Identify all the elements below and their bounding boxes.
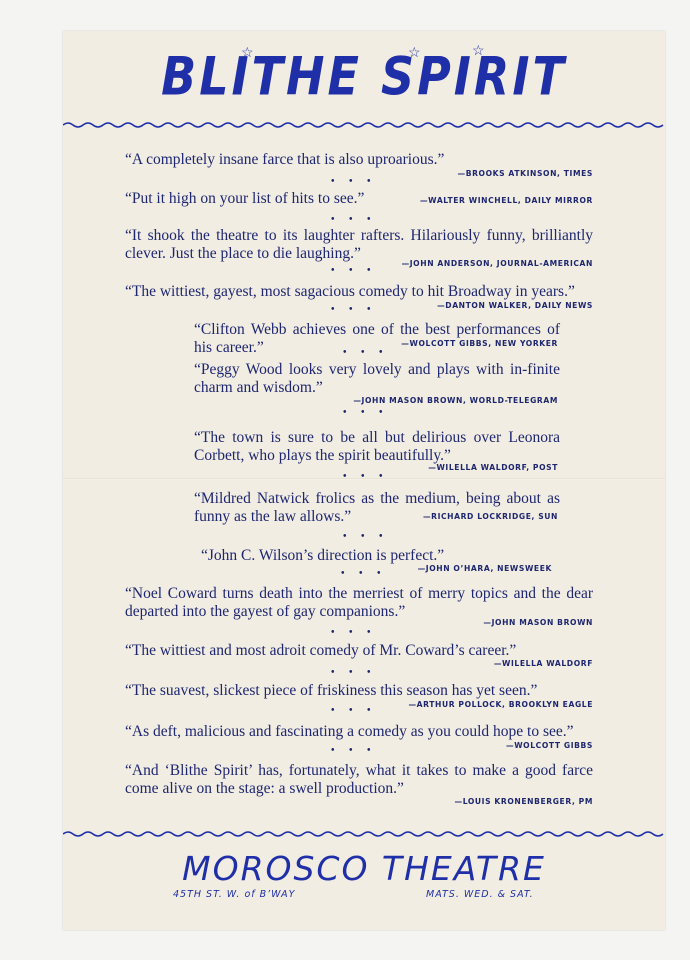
review-attribution: —ARTHUR POLLOCK, BROOKLYN EAGLE: [408, 700, 593, 709]
separator-dots: • • •: [331, 667, 377, 678]
wavy-divider-top: [63, 120, 665, 130]
review-quote: “It shook the theatre to its laughter ra…: [125, 227, 593, 263]
theatre-name: MOROSCO THEATRE: [63, 849, 665, 888]
review-quote: “Put it high on your list of hits to see…: [125, 190, 445, 208]
separator-dots: • • •: [331, 304, 377, 315]
review-attribution: —WOLCOTT GIBBS: [506, 741, 593, 750]
review-quote: “Peggy Wood looks very lovely and plays …: [194, 361, 560, 397]
review-quote: “A completely insane farce that is also …: [125, 151, 605, 169]
separator-dots: • • •: [331, 214, 377, 225]
star-icon: ☆: [241, 45, 254, 62]
separator-dots: • • •: [341, 568, 387, 579]
review-quote: “And ‘Blithe Spirit’ has, fortunately, w…: [125, 762, 593, 798]
star-icon: ☆: [472, 43, 485, 60]
separator-dots: • • •: [343, 347, 389, 358]
separator-dots: • • •: [331, 627, 377, 638]
separator-dots: • • •: [331, 265, 377, 276]
separator-dots: • • •: [343, 471, 389, 482]
review-attribution: —DANTON WALKER, DAILY NEWS: [437, 301, 593, 310]
review-quote: “John C. Wilson’s direction is perfect.”: [201, 547, 501, 565]
review-attribution: —WILELLA WALDORF, POST: [428, 463, 558, 472]
review-attribution: —LOUIS KRONENBERGER, PM: [455, 797, 594, 806]
review-attribution: —JOHN ANDERSON, JOURNAL-AMERICAN: [402, 259, 593, 268]
play-title: BLITHE SPIRIT: [63, 45, 665, 107]
separator-dots: • • •: [331, 705, 377, 716]
review-quote: “Noel Coward turns death into the merrie…: [125, 585, 593, 621]
wavy-divider-bottom: [63, 829, 665, 839]
review-attribution: —WALTER WINCHELL, DAILY MIRROR: [420, 196, 593, 205]
review-quote: “The suavest, slickest piece of friskine…: [125, 682, 605, 700]
separator-dots: • • •: [343, 407, 389, 418]
review-attribution: —JOHN MASON BROWN, WORLD-TELEGRAM: [353, 396, 558, 405]
theatre-address: 45TH ST. W. of B’WAY: [173, 889, 295, 900]
star-icon: ☆: [408, 45, 421, 62]
review-attribution: —JOHN MASON BROWN: [483, 618, 593, 627]
review-attribution: —WOLCOTT GIBBS, NEW YORKER: [401, 339, 558, 348]
playbill-flyer: BLITHE SPIRIT ☆ ☆ ☆ “A completely insane…: [63, 31, 665, 930]
review-quote: “As deft, malicious and fascinating a co…: [125, 723, 605, 741]
review-quote: “The town is sure to be all but deliriou…: [194, 429, 560, 465]
review-attribution: —WILELLA WALDORF: [494, 659, 593, 668]
matinee-schedule: MATS. WED. & SAT.: [426, 889, 534, 900]
review-quote: “The wittiest and most adroit comedy of …: [125, 642, 605, 660]
separator-dots: • • •: [331, 176, 377, 187]
separator-dots: • • •: [343, 531, 389, 542]
review-attribution: —RICHARD LOCKRIDGE, SUN: [423, 512, 558, 521]
separator-dots: • • •: [331, 745, 377, 756]
review-quote: “The wittiest, gayest, most sagacious co…: [125, 283, 593, 301]
review-attribution: —JOHN O’HARA, NEWSWEEK: [418, 564, 552, 573]
review-attribution: —BROOKS ATKINSON, TIMES: [458, 169, 594, 178]
